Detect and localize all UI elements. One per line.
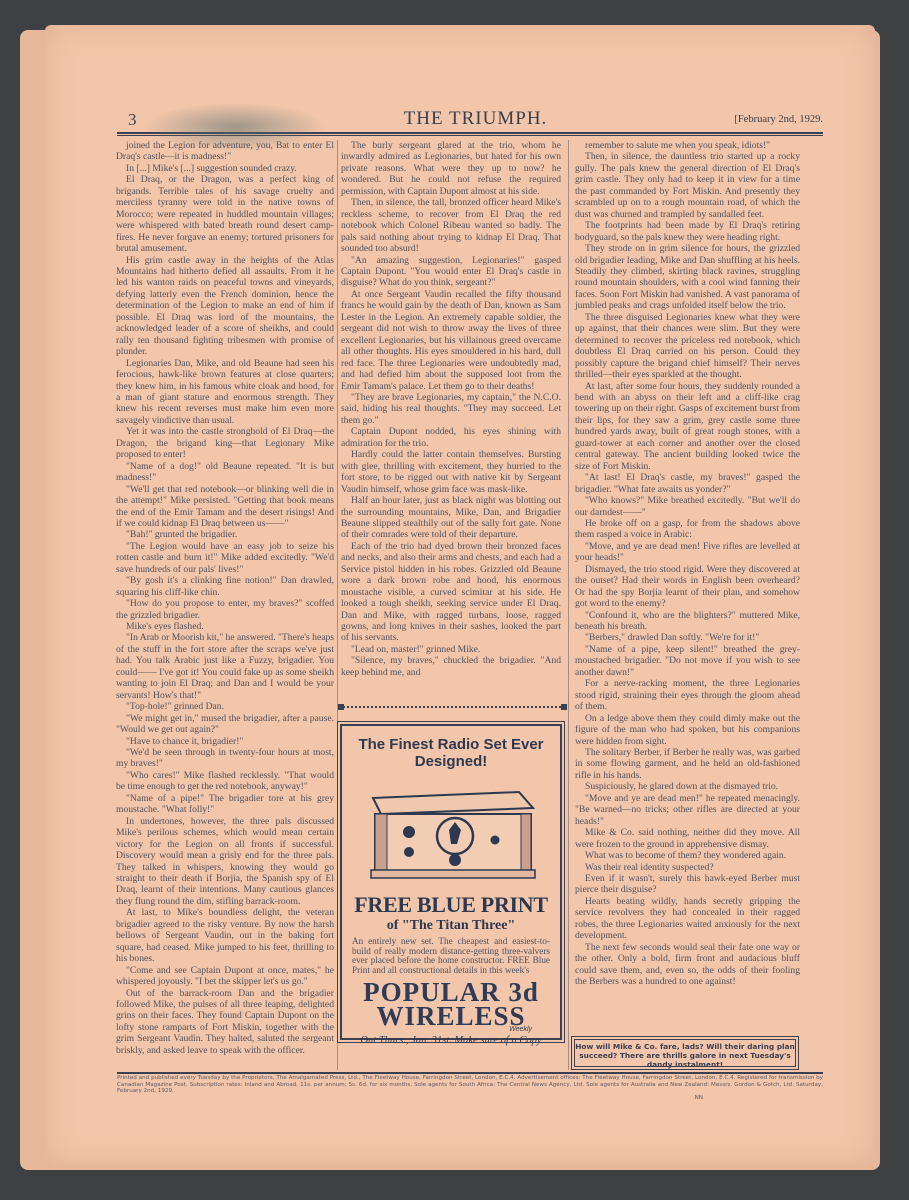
column-rule bbox=[568, 140, 569, 1070]
paragraph: Then, in silence, the dauntless trio sta… bbox=[575, 151, 800, 220]
publication-title: THE TRIUMPH. bbox=[128, 108, 823, 130]
paragraph: In [...] Mike's [...] suggestion sounded… bbox=[116, 163, 334, 174]
story-column-3: remember to salute me when you speak, id… bbox=[575, 140, 800, 988]
radio-advertisement: The Finest Radio Set Ever Designed! FREE… bbox=[340, 724, 562, 1040]
story-column-2: The burly sergeant glared at the trio, w… bbox=[341, 140, 561, 678]
paragraph: "Who knows?" Mike breathed excitedly. "B… bbox=[575, 495, 800, 518]
paragraph: "Name of a pipe, keep silent!" breathed … bbox=[575, 644, 800, 678]
paragraph: Mike's eyes flashed. bbox=[116, 621, 334, 632]
paragraph: Then, in silence, the tall, bronzed offi… bbox=[341, 197, 561, 254]
paragraph: At last, after some four hours, they sud… bbox=[575, 381, 800, 473]
paragraph: Hearts beating wildly, hands secretly gr… bbox=[575, 896, 800, 942]
paragraph: Mike & Co. said nothing, neither did the… bbox=[575, 827, 800, 850]
paragraph: Suspiciously, he glared down at the dism… bbox=[575, 781, 800, 792]
ad-body: An entirely new set. The cheapest and ea… bbox=[342, 934, 560, 975]
paragraph: Captain Dupont nodded, his eyes shining … bbox=[341, 426, 561, 449]
paragraph: On a ledge above them they could dimly m… bbox=[575, 713, 800, 747]
ad-headline: The Finest Radio Set Ever Designed! bbox=[342, 736, 560, 770]
paragraph: "At last! El Draq's castle, my braves!" … bbox=[575, 472, 800, 495]
footer-rule bbox=[117, 1072, 823, 1074]
paragraph: "Have to chance it, brigadier!" bbox=[116, 736, 334, 747]
ad-offer: FREE BLUE PRINT bbox=[342, 892, 560, 918]
popular-wireless-logo: POPULAR 3d WIRELESS bbox=[342, 980, 560, 1028]
imprint-code: NN bbox=[117, 1095, 823, 1102]
paragraph: "We might get in," mused the brigadier, … bbox=[116, 713, 334, 736]
paragraph: In undertones, however, the three pals d… bbox=[116, 816, 334, 908]
paragraph: "How do you propose to enter, my braves?… bbox=[116, 598, 334, 621]
paragraph: "Top-hole!" grinned Dan. bbox=[116, 701, 334, 712]
paragraph: At last, to Mike's boundless delight, th… bbox=[116, 907, 334, 964]
paragraph: "In Arab or Moorish kit," he answered. "… bbox=[116, 632, 334, 701]
ad-footer: Out Thurs., Jan. 31st. Make sure of a Co… bbox=[342, 1035, 560, 1046]
paragraph: They strode on in grim silence for hours… bbox=[575, 243, 800, 312]
next-instalment-teaser: How will Mike & Co. fare, lads? Will the… bbox=[574, 1039, 796, 1067]
ad-product: of "The Titan Three" bbox=[342, 918, 560, 934]
paragraph: Hardly could the latter contain themselv… bbox=[341, 449, 561, 495]
paragraph: What was to become of them? they wondere… bbox=[575, 850, 800, 861]
paragraph: Was their real identity suspected? bbox=[575, 862, 800, 873]
paragraph: El Draq, or the Dragon, was a perfect ki… bbox=[116, 174, 334, 254]
story-column-1: joined the Legion for adventure, you, Ba… bbox=[116, 140, 334, 1056]
paragraph: Even if it wasn't, surely this hawk-eyed… bbox=[575, 873, 800, 896]
paragraph: "The Legion would have an easy job to se… bbox=[116, 541, 334, 575]
paragraph: Each of the trio had dyed brown their br… bbox=[341, 541, 561, 644]
paragraph: The footprints had been made by El Draq'… bbox=[575, 220, 800, 243]
issue-date: [February 2nd, 1929. bbox=[734, 114, 823, 125]
paragraph: At once Sergeant Vaudin recalled the fif… bbox=[341, 289, 561, 392]
paragraph: His grim castle away in the heights of t… bbox=[116, 255, 334, 358]
paragraph: "Move and ye are dead men!" he repeated … bbox=[575, 793, 800, 827]
paragraph: Yet it was into the castle stronghold of… bbox=[116, 426, 334, 460]
paragraph: The burly sergeant glared at the trio, w… bbox=[341, 140, 561, 197]
paragraph: "An amazing suggestion, Legionaries!" ga… bbox=[341, 255, 561, 289]
paragraph: The three disguised Legionaries knew wha… bbox=[575, 312, 800, 381]
paragraph: "Name of a dog!" old Beaune repeated. "I… bbox=[116, 461, 334, 484]
paragraph: He broke off on a gasp, for from the sha… bbox=[575, 518, 800, 541]
paragraph: joined the Legion for adventure, you, Ba… bbox=[116, 140, 334, 163]
paragraph: "By gosh it's a clinking fine notion!" D… bbox=[116, 575, 334, 598]
paragraph: For a nerve-racking moment, the three Le… bbox=[575, 678, 800, 712]
paragraph: The next few seconds would seal their fa… bbox=[575, 942, 800, 988]
logo-line-2: WIRELESS bbox=[342, 1004, 560, 1028]
paragraph: "Come and see Captain Dupont at once, ma… bbox=[116, 965, 334, 988]
paragraph: "Berbers," drawled Dan softly. "We're fo… bbox=[575, 632, 800, 643]
publisher-imprint: Printed and published every Tuesday by t… bbox=[117, 1075, 823, 1101]
paragraph: "Name of a pipe!" The brigadier tore at … bbox=[116, 793, 334, 816]
paragraph: Half an hour later, just as black night … bbox=[341, 495, 561, 541]
paragraph: "We'll get that red notebook—or blinking… bbox=[116, 484, 334, 530]
masthead: 3 THE TRIUMPH. [February 2nd, 1929. bbox=[128, 108, 823, 132]
column-rule bbox=[337, 140, 338, 1070]
paragraph: "Who cares!" Mike flashed recklessly. "T… bbox=[116, 770, 334, 793]
paragraph: "Lead on, master!" grinned Mike. bbox=[341, 644, 561, 655]
paragraph: "Silence, my braves," chuckled the briga… bbox=[341, 655, 561, 678]
paragraph: "They are brave Legionaries, my captain,… bbox=[341, 392, 561, 426]
paragraph: Out of the barrack-room Dan and the brig… bbox=[116, 988, 334, 1057]
paragraph: remember to salute me when you speak, id… bbox=[575, 140, 800, 151]
paragraph: Legionaries Dan, Mike, and old Beaune ha… bbox=[116, 358, 334, 427]
dotted-divider bbox=[340, 706, 565, 714]
imprint-text: Printed and published every Tuesday by t… bbox=[117, 1075, 823, 1095]
paragraph: Dismayed, the trio stood rigid. Were the… bbox=[575, 564, 800, 610]
masthead-rule bbox=[117, 132, 823, 136]
paragraph: "Bah!" grunted the brigadier. bbox=[116, 529, 334, 540]
paragraph: "Move, and ye are dead men! Five rifles … bbox=[575, 541, 800, 564]
paragraph: "We'd be seen through in twenty-four hou… bbox=[116, 747, 334, 770]
radio-set-icon bbox=[361, 778, 541, 883]
paragraph: "Confound it, who are the blighters?" mu… bbox=[575, 610, 800, 633]
paragraph: The solitary Berber, if Berber he really… bbox=[575, 747, 800, 781]
